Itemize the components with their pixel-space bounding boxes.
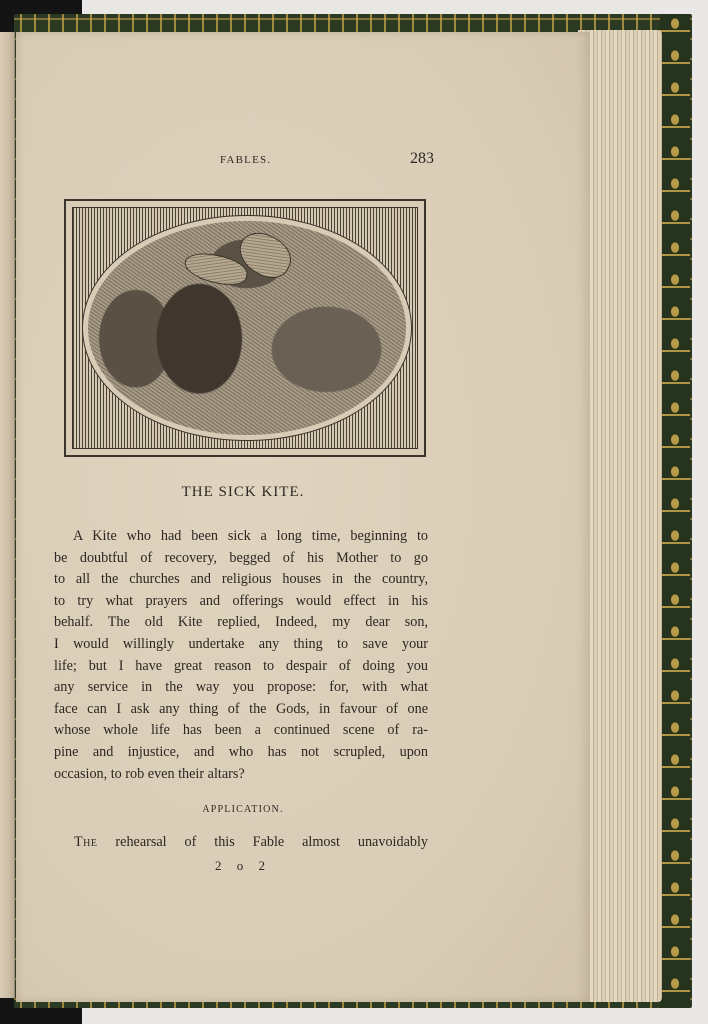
fable-line: pine and injustice, and who has not scru… — [54, 742, 428, 764]
application-text: The rehearsal of this Fable almost unavo… — [74, 834, 428, 851]
gilt-fore-edge-tooling — [660, 14, 690, 1008]
fable-line: be doubtful of recovery, begged of his M… — [54, 548, 428, 570]
fable-line: face can I ask any thing of the Gods, in… — [54, 699, 428, 721]
page-edges-stack — [578, 30, 662, 1002]
fable-line: to try what prayers and offerings would … — [54, 591, 428, 613]
running-head: FABLES. 283 — [220, 150, 434, 168]
book-page — [16, 32, 590, 1002]
application-heading: APPLICATION. — [60, 804, 426, 815]
fable-line: A Kite who had been sick a long time, be… — [54, 526, 428, 548]
woodcut-illustration — [64, 199, 426, 457]
page-number: 283 — [410, 150, 434, 168]
running-title: FABLES. — [220, 154, 271, 166]
fable-line: occasion, to rob even their altars? — [54, 764, 428, 786]
fable-line: behalf. The old Kite replied, Indeed, my… — [54, 612, 428, 634]
fable-line: whose whole life has been a continued sc… — [54, 720, 428, 742]
woodcut-tree-scene — [88, 221, 406, 435]
fable-line: to all the churches and religious houses… — [54, 569, 428, 591]
application-text-body: rehearsal of this Fable almost unavoidab… — [98, 834, 429, 850]
fable-title: THE SICK KITE. — [60, 484, 426, 501]
fable-line: any service in the way you propose: for,… — [54, 677, 428, 699]
fable-body: A Kite who had been sick a long time, be… — [54, 526, 428, 785]
signature-mark: 2 o 2 — [60, 858, 426, 874]
fable-line: life; but I have great reason to despair… — [54, 656, 428, 678]
facing-page-edge — [0, 32, 15, 998]
fable-line: I would willingly undertake any thing to… — [54, 634, 428, 656]
application-first-word: The — [74, 834, 98, 850]
